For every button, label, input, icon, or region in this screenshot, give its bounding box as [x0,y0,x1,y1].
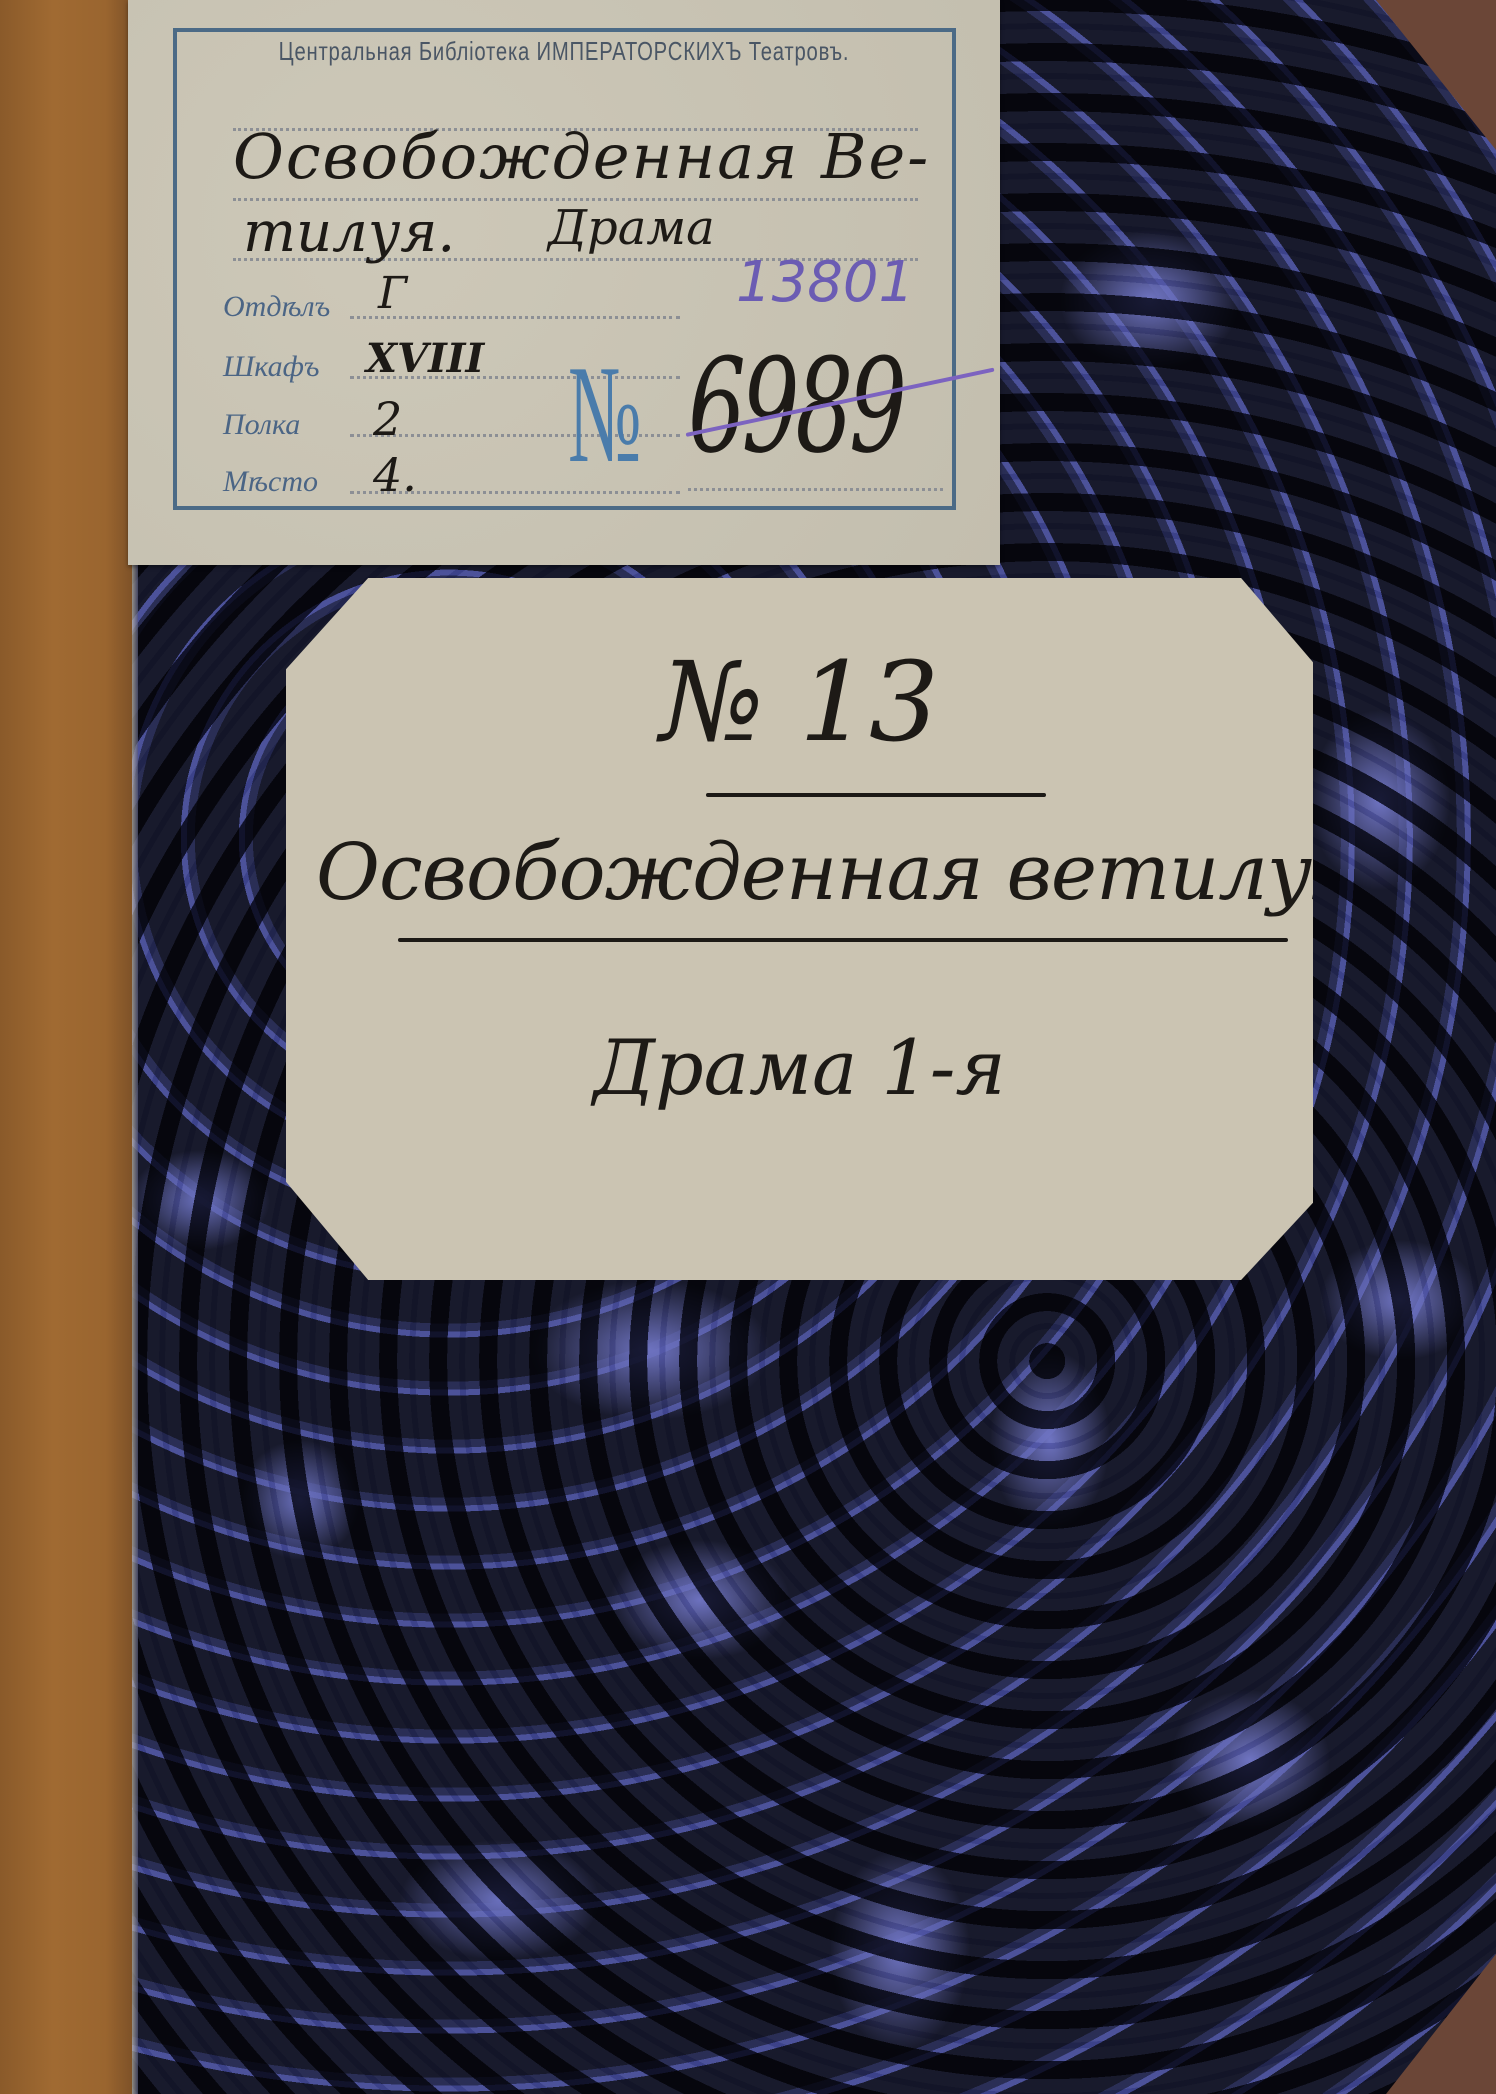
volume-number: № 13 [286,638,1313,766]
title-handwritten-line1: Освобожденная Ве- [233,120,930,193]
play-title: Освобожденная ветилуя [316,828,1286,918]
field-label-department: Отдѣлъ [223,290,330,324]
dotted-line [688,488,943,491]
new-inventory-number: 13801 [736,250,914,315]
field-label-shelf: Полка [223,408,300,442]
field-value-place: 4. [373,448,417,502]
field-label-cabinet: Шкафъ [223,350,319,384]
corner-cloth-bottom-right [1386,1954,1496,2094]
struck-inventory-number: 6989 [688,330,903,482]
corner-cloth-top-right [1376,0,1496,150]
title-handwritten-line2: тилуя. [243,200,455,265]
field-value-department: Г [378,268,407,319]
field-value-shelf: 2 [373,392,402,446]
genre-handwritten: Драма [548,200,715,256]
numero-sign: № [568,345,641,485]
title-underline [398,938,1288,942]
library-header: Центральная Библіотека ИМПЕРАТОРСКИХЪ Те… [224,36,904,67]
field-label-place: Мѣсто [223,465,318,499]
library-catalog-label: Центральная Библіотека ИМПЕРАТОРСКИХЪ Те… [128,0,1000,565]
title-label: № 13 Освобожденная ветилуя Драма 1-я [286,578,1313,1280]
field-value-cabinet: XVIII [366,335,484,382]
leather-spine [0,0,132,2094]
play-genre-act: Драма 1-я [286,1023,1313,1112]
number-underline [706,793,1046,797]
